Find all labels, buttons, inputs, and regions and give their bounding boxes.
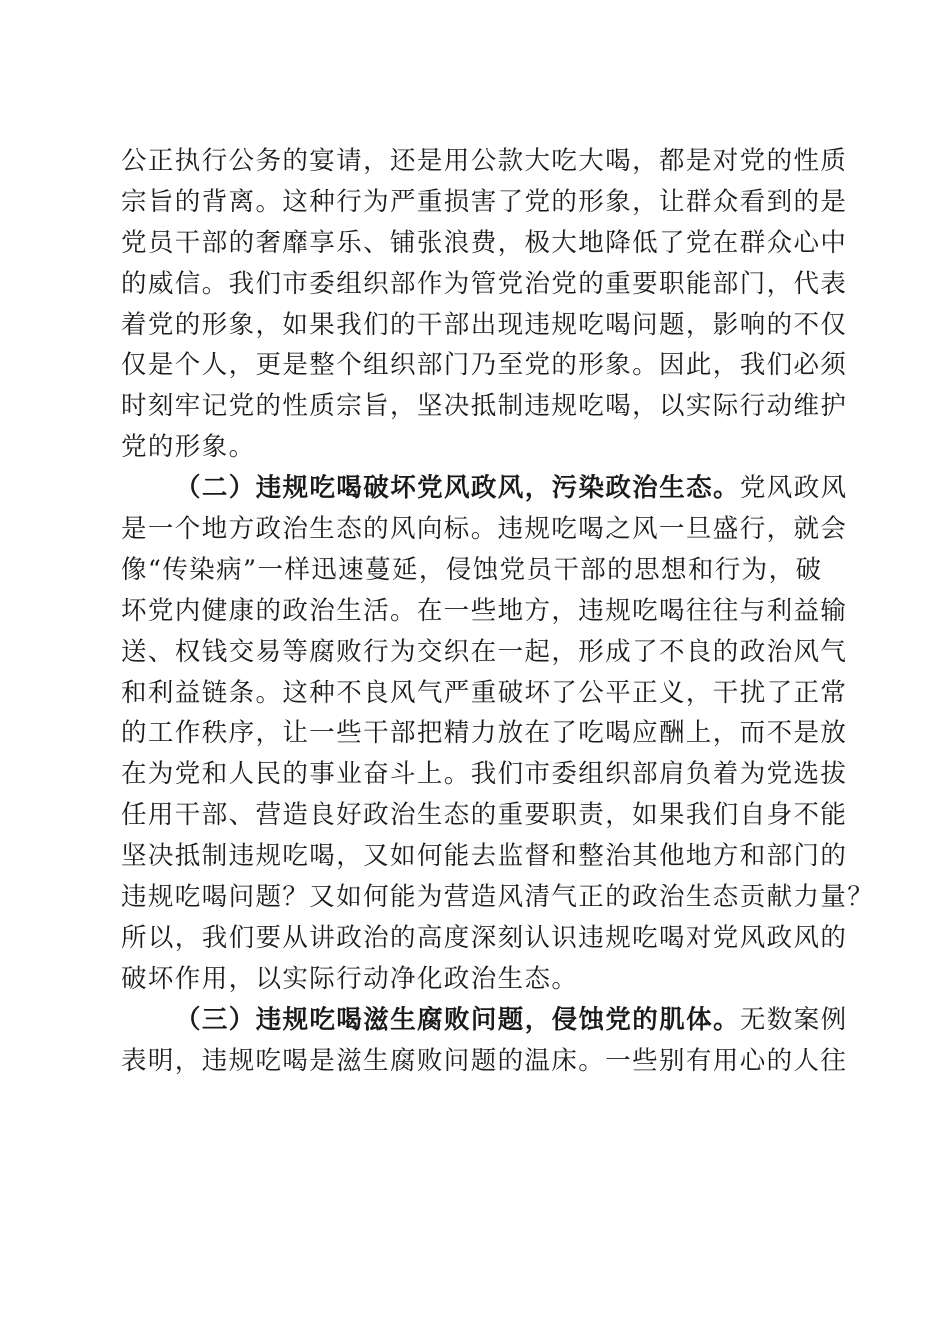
paragraph-2: （二）违规吃喝破坏党风政风，污染政治生态。党风政风 是一个地方政治生态的风向标。…	[121, 468, 833, 1000]
text-line-first: （三）违规吃喝滋生腐败问题，侵蚀党的肌体。无数案例	[121, 1000, 833, 1041]
text-line: 的威信。我们市委组织部作为管党治党的重要职能部门，代表	[121, 264, 833, 305]
section-heading-3: （三）违规吃喝滋生腐败问题，侵蚀党的肌体。	[175, 1005, 740, 1035]
text-line: 和利益链条。这种不良风气严重破坏了公平正义，干扰了正常	[121, 673, 833, 714]
text-line-first: （二）违规吃喝破坏党风政风，污染政治生态。党风政风	[121, 468, 833, 509]
section-heading-2: （二）违规吃喝破坏党风政风，污染政治生态。	[175, 473, 740, 503]
text-line: 违规吃喝问题？又如何能为营造风清气正的政治生态贡献力量？	[121, 877, 833, 918]
paragraph-1: 公正执行公务的宴请，还是用公款大吃大喝，都是对党的性质 宗旨的背离。这种行为严重…	[121, 141, 833, 468]
paragraph-3: （三）违规吃喝滋生腐败问题，侵蚀党的肌体。无数案例 表明，违规吃喝是滋生腐败问题…	[121, 1000, 833, 1082]
text-line: 宗旨的背离。这种行为严重损害了党的形象，让群众看到的是	[121, 182, 833, 223]
text-line: 所以，我们要从讲政治的高度深刻认识违规吃喝对党风政风的	[121, 918, 833, 959]
text-line: 表明，违规吃喝是滋生腐败问题的温床。一些别有用心的人往	[121, 1041, 833, 1082]
text-line: 公正执行公务的宴请，还是用公款大吃大喝，都是对党的性质	[121, 141, 833, 182]
text-line: 着党的形象，如果我们的干部出现违规吃喝问题，影响的不仅	[121, 305, 833, 346]
text-line: 是一个地方政治生态的风向标。违规吃喝之风一旦盛行，就会	[121, 509, 833, 550]
text-line: 破坏作用，以实际行动净化政治生态。	[121, 959, 833, 1000]
text-line: 任用干部、营造良好政治生态的重要职责，如果我们自身不能	[121, 795, 833, 836]
text-line: 坚决抵制违规吃喝，又如何能去监督和整治其他地方和部门的	[121, 836, 833, 877]
text-run: 党风政风	[740, 473, 848, 503]
text-line: 时刻牢记党的性质宗旨，坚决抵制违规吃喝，以实际行动维护	[121, 386, 833, 427]
text-line: 在为党和人民的事业奋斗上。我们市委组织部肩负着为党选拔	[121, 754, 833, 795]
text-line: 的工作秩序，让一些干部把精力放在了吃喝应酬上，而不是放	[121, 713, 833, 754]
document-page: 公正执行公务的宴请，还是用公款大吃大喝，都是对党的性质 宗旨的背离。这种行为严重…	[121, 141, 833, 1081]
text-line: 坏党内健康的政治生活。在一些地方，违规吃喝往往与利益输	[121, 591, 833, 632]
text-line: 党的形象。	[121, 427, 833, 468]
text-line: 送、权钱交易等腐败行为交织在一起，形成了不良的政治风气	[121, 632, 833, 673]
text-run: 无数案例	[740, 1005, 848, 1035]
text-line: 像“传染病”一样迅速蔓延，侵蚀党员干部的思想和行为，破	[121, 550, 833, 591]
text-line: 仅是个人，更是整个组织部门乃至党的形象。因此，我们必须	[121, 345, 833, 386]
text-line: 党员干部的奢靡享乐、铺张浪费，极大地降低了党在群众心中	[121, 223, 833, 264]
